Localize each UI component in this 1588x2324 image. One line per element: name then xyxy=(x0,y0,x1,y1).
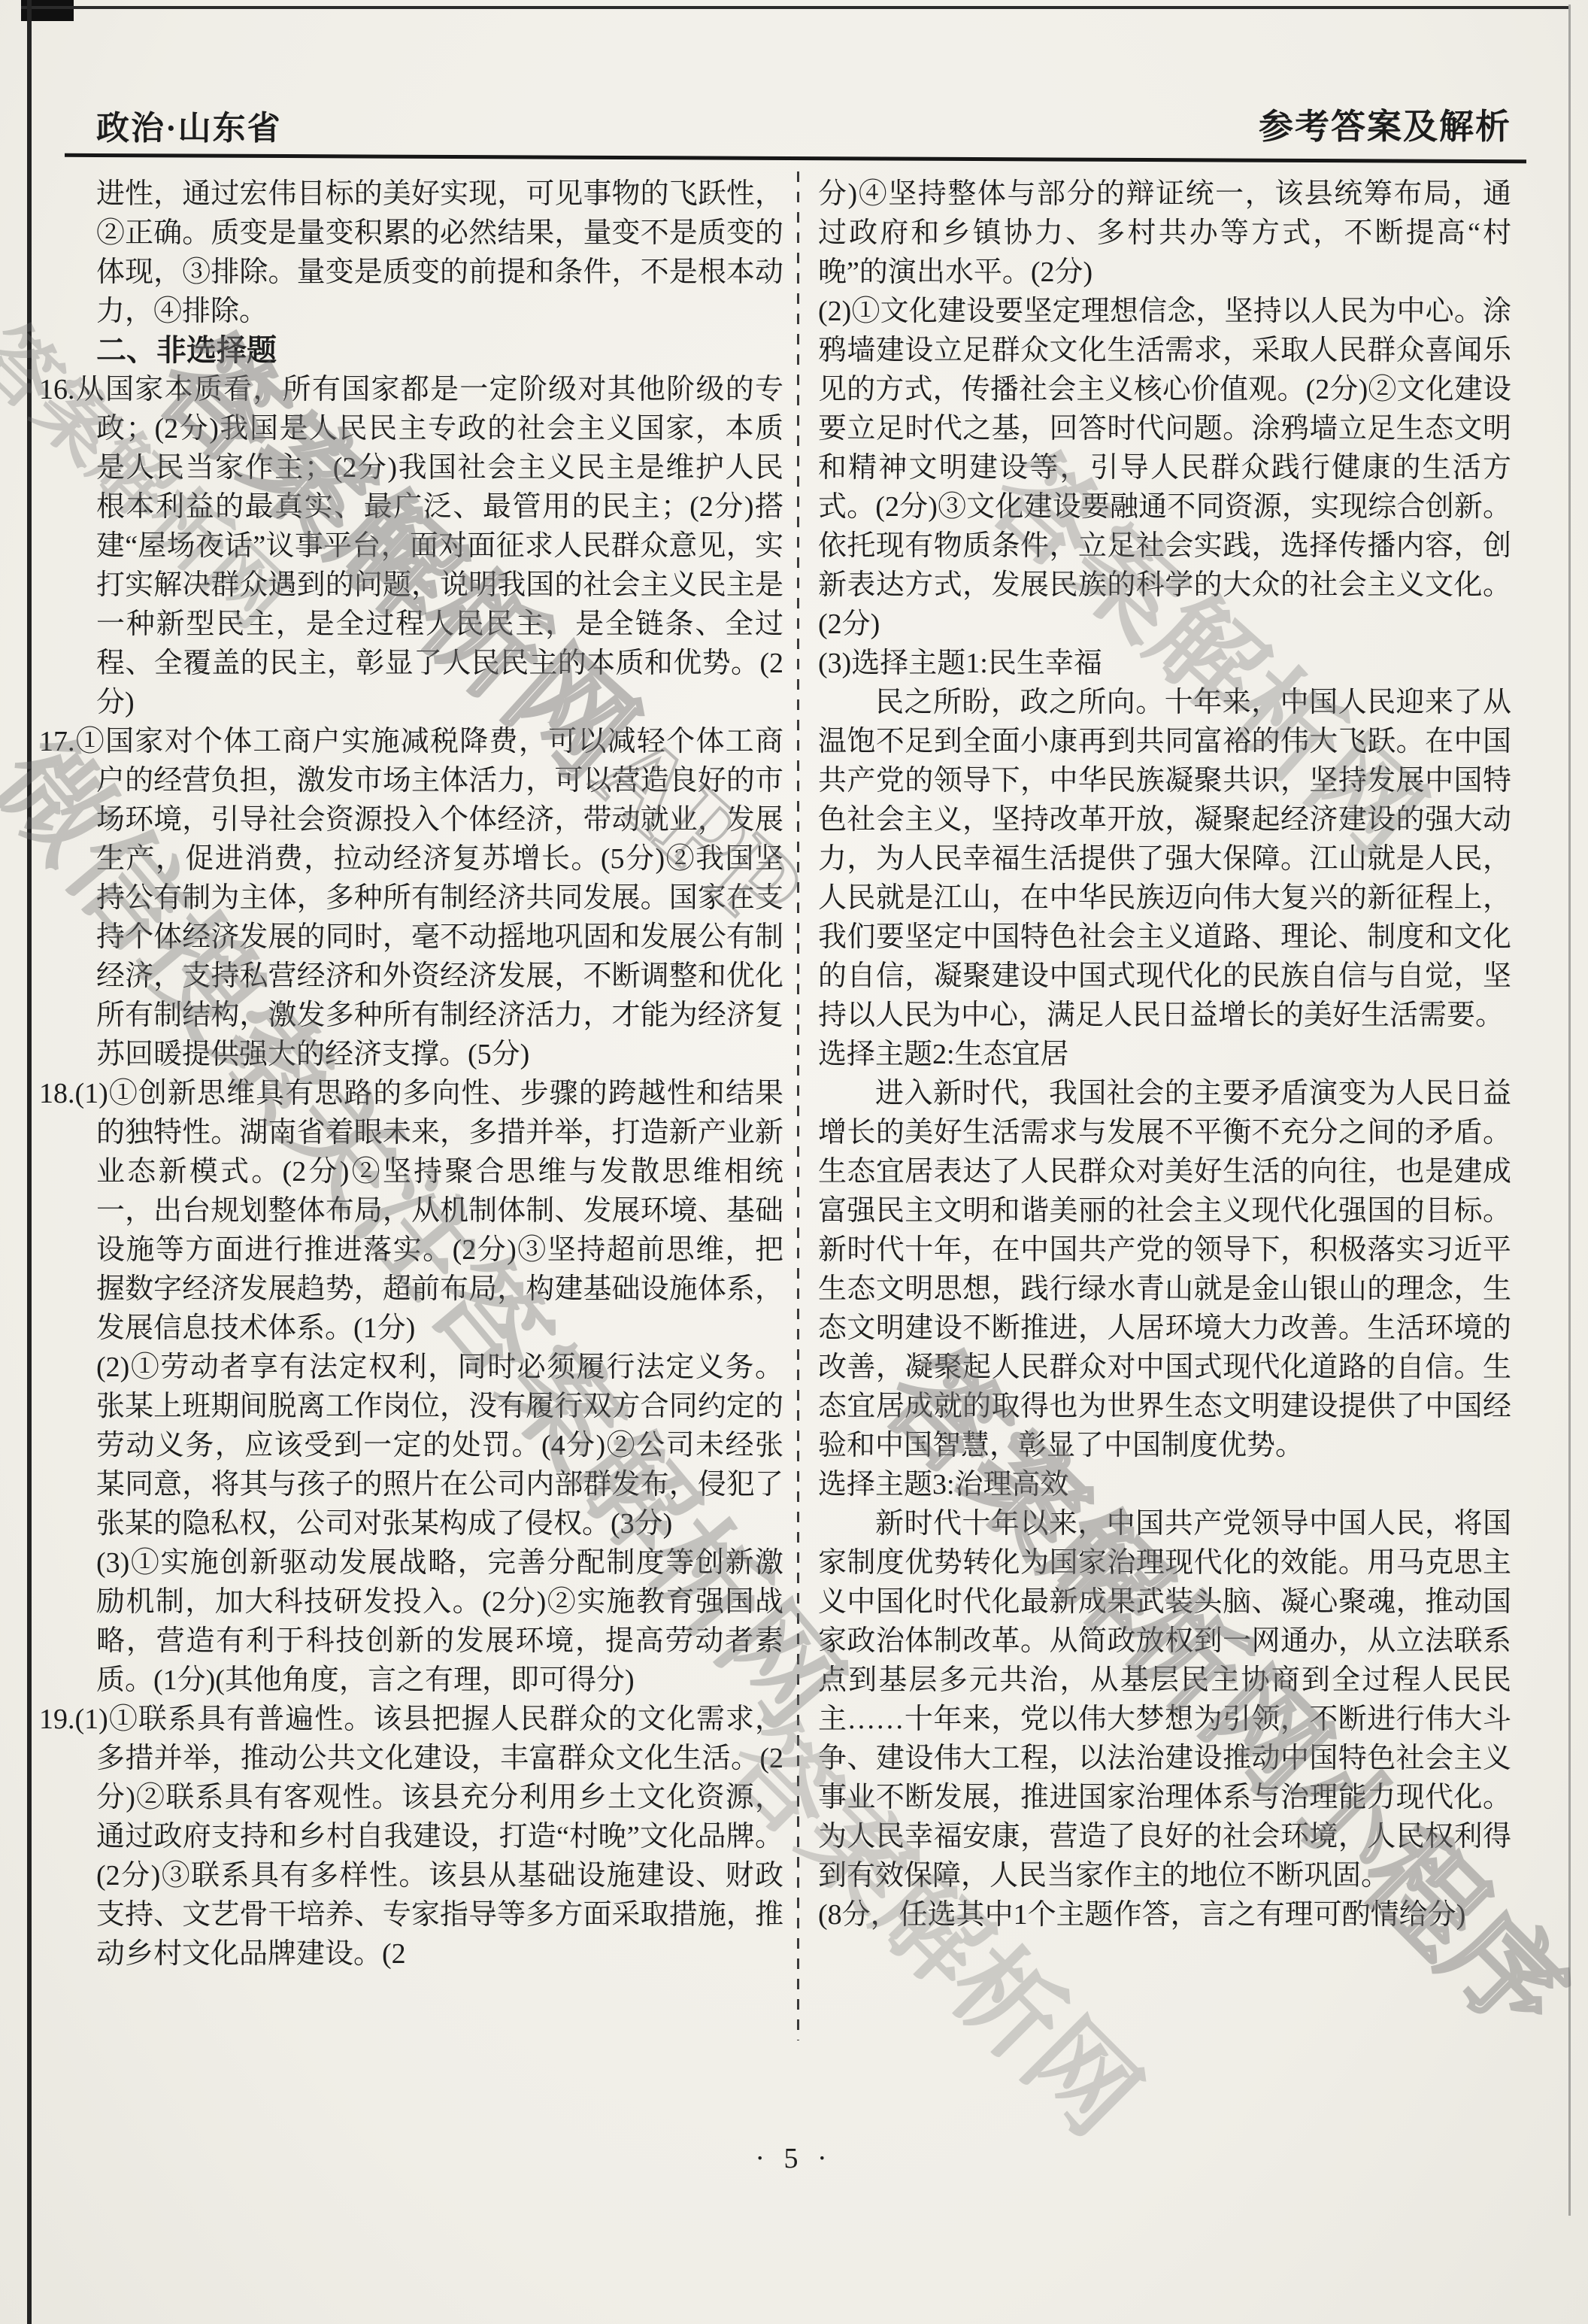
answer-item-18-part3: (3)①实施创新驱动发展战略，完善分配制度等创新激励机制，加大科技研发投入。(2… xyxy=(96,1543,783,1700)
answer-item-19-continuation: 分)④坚持整体与部分的辩证统一，该县统筹布局，通过政府和乡镇协力、多村共办等方式… xyxy=(818,174,1511,292)
scan-top-edge xyxy=(21,6,1568,9)
answer-item-16: 16.从国家本质看，所有国家都是一定阶级对其他阶级的专政；(2分)我国是人民民主… xyxy=(96,370,783,722)
left-column: 进性，通过宏伟目标的美好实现，可见事物的飞跃性，②正确。质变是量变积累的必然结果… xyxy=(96,174,783,1974)
item-16-number: 16. xyxy=(39,374,75,405)
continuation-paragraph: 进性，通过宏伟目标的美好实现，可见事物的飞跃性，②正确。质变是量变积累的必然结果… xyxy=(96,174,783,331)
answer-item-19-part2: (2)①文化建设要坚定理想信念，坚持以人民为中心。涂鸦墙建设立足群众文化生活需求… xyxy=(818,292,1511,644)
column-divider xyxy=(797,171,799,2040)
answer-item-18-part2: (2)①劳动者享有法定权利，同时必须履行法定义务。张某上班期间脱离工作岗位，没有… xyxy=(96,1348,783,1543)
answer-item-18-part1: 18.(1)①创新思维具有思路的多向性、步骤的跨越性和结果的独特性。湖南省着眼未… xyxy=(96,1074,783,1348)
header-title: 参考答案及解析 xyxy=(1259,99,1511,149)
item-17-text: ①国家对个体工商户实施减税降费，可以减轻个体工商户的经营负担，激发市场主体活力，… xyxy=(75,726,784,1070)
section-heading: 二、非选择题 xyxy=(96,331,783,370)
item-18-text-1: (1)①创新思维具有思路的多向性、步骤的跨越性和结果的独特性。湖南省着眼未来，多… xyxy=(75,1078,784,1344)
theme-3-essay: 新时代十年以来，中国共产党领导中国人民，将国家制度优势转化为国家治理现代化的效能… xyxy=(818,1504,1511,1895)
item-19-number: 19. xyxy=(39,1704,75,1735)
scanned-answer-page: 政治·山东省 参考答案及解析 进性，通过宏伟目标的美好实现，可见事物的飞跃性，②… xyxy=(0,0,1588,2324)
theme-2-essay: 进入新时代，我国社会的主要矛盾演变为人民日益增长的美好生活需求与发展不平衡不充分… xyxy=(818,1074,1511,1465)
right-column: 分)④坚持整体与部分的辩证统一，该县统筹布局，通过政府和乡镇协力、多村共办等方式… xyxy=(818,174,1511,1934)
item-19-text: (1)①联系具有普遍性。该县把握人民群众的文化需求，多措并举，推动公共文化建设，… xyxy=(75,1704,784,1970)
item-17-number: 17. xyxy=(39,726,75,757)
answer-item-19: 19.(1)①联系具有普遍性。该县把握人民群众的文化需求，多措并举，推动公共文化… xyxy=(96,1700,783,1974)
header-rule xyxy=(65,153,1526,163)
scoring-note: (8分，任选其中1个主题作答，言之有理可酌情给分) xyxy=(818,1895,1511,1934)
theme-1-heading: (3)选择主题1:民生幸福 xyxy=(818,644,1511,683)
page-number: · 5 · xyxy=(0,2142,1588,2175)
answer-item-17: 17.①国家对个体工商户实施减税降费，可以减轻个体工商户的经营负担，激发市场主体… xyxy=(96,722,783,1074)
item-18-number: 18. xyxy=(39,1078,75,1109)
item-16-text: 从国家本质看，所有国家都是一定阶级对其他阶级的专政；(2分)我国是人民民主专政的… xyxy=(75,374,784,718)
scan-left-edge xyxy=(27,0,32,2324)
page-header: 政治·山东省 参考答案及解析 xyxy=(96,96,1511,149)
header-subject: 政治·山东省 xyxy=(96,101,282,149)
theme-3-heading: 选择主题3:治理高效 xyxy=(818,1465,1511,1504)
theme-2-heading: 选择主题2:生态宜居 xyxy=(818,1035,1511,1074)
theme-1-essay: 民之所盼，政之所向。十年来，中国人民迎来了从温饱不足到全面小康再到共同富裕的伟大… xyxy=(818,683,1511,1035)
scan-right-edge xyxy=(1568,5,1571,2216)
